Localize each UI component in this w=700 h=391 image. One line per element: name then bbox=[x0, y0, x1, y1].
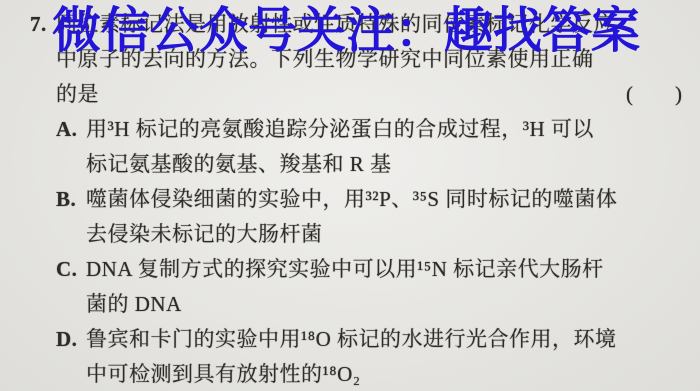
option-c: C.DNA 复制方式的探究实验中可以用¹⁵N 标记亲代大肠杆 菌的 DNA bbox=[56, 252, 688, 322]
option-a-line-1: A.用³H 标记的亮氨酸追踪分泌蛋白的合成过程，³H 可以 bbox=[56, 112, 688, 147]
option-d: D.鲁宾和卡门的实验中用¹⁸O 标记的水进行光合作用，环境 中可检测到具有放射性… bbox=[56, 322, 688, 391]
option-d-label: D. bbox=[56, 322, 86, 357]
option-c-line-2: 菌的 DNA bbox=[86, 287, 688, 322]
option-c-label: C. bbox=[56, 252, 86, 287]
option-b-line-2: 去侵染未标记的大肠杆菌 bbox=[86, 217, 688, 252]
option-c-line-1: C.DNA 复制方式的探究实验中可以用¹⁵N 标记亲代大肠杆 bbox=[56, 252, 688, 287]
option-d-line-2: 中可检测到具有放射性的¹⁸O₂ bbox=[86, 357, 688, 391]
answer-brackets: ( ) bbox=[626, 77, 682, 112]
question-block: 7.同位素标记法是用放射性或性质特殊的同位素标记化学反应 中原子的去向的方法。下… bbox=[30, 7, 688, 391]
option-b-label: B. bbox=[56, 182, 86, 217]
option-d-text: 鲁宾和卡门的实验中用¹⁸O 标记的水进行光合作用，环境 bbox=[86, 327, 617, 351]
option-a-text: 用³H 标记的亮氨酸追踪分泌蛋白的合成过程，³H 可以 bbox=[86, 117, 594, 141]
option-c-text: DNA 复制方式的探究实验中可以用¹⁵N 标记亲代大肠杆 bbox=[86, 257, 604, 281]
options-list: A.用³H 标记的亮氨酸追踪分泌蛋白的合成过程，³H 可以 标记氨基酸的氨基、羧… bbox=[56, 112, 688, 391]
option-b-text: 噬菌体侵染细菌的实验中，用³²P、³⁵S 同时标记的噬菌体 bbox=[86, 187, 617, 211]
option-a-line-2: 标记氨基酸的氨基、羧基和 R 基 bbox=[86, 147, 688, 182]
watermark-text: 微信公众号关注：趣找答案 bbox=[52, 2, 640, 60]
option-a-label: A. bbox=[56, 112, 86, 147]
scanned-exam-page: 微信公众号关注：趣找答案 7.同位素标记法是用放射性或性质特殊的同位素标记化学反… bbox=[0, 0, 700, 391]
stem-line-3: 的是 ( ) bbox=[56, 77, 688, 112]
option-b: B.噬菌体侵染细菌的实验中，用³²P、³⁵S 同时标记的噬菌体 去侵染未标记的大… bbox=[56, 182, 688, 252]
option-b-line-1: B.噬菌体侵染细菌的实验中，用³²P、³⁵S 同时标记的噬菌体 bbox=[56, 182, 688, 217]
option-a: A.用³H 标记的亮氨酸追踪分泌蛋白的合成过程，³H 可以 标记氨基酸的氨基、羧… bbox=[56, 112, 688, 182]
option-d-line-1: D.鲁宾和卡门的实验中用¹⁸O 标记的水进行光合作用，环境 bbox=[56, 322, 688, 357]
stem-text-3: 的是 bbox=[56, 77, 99, 112]
